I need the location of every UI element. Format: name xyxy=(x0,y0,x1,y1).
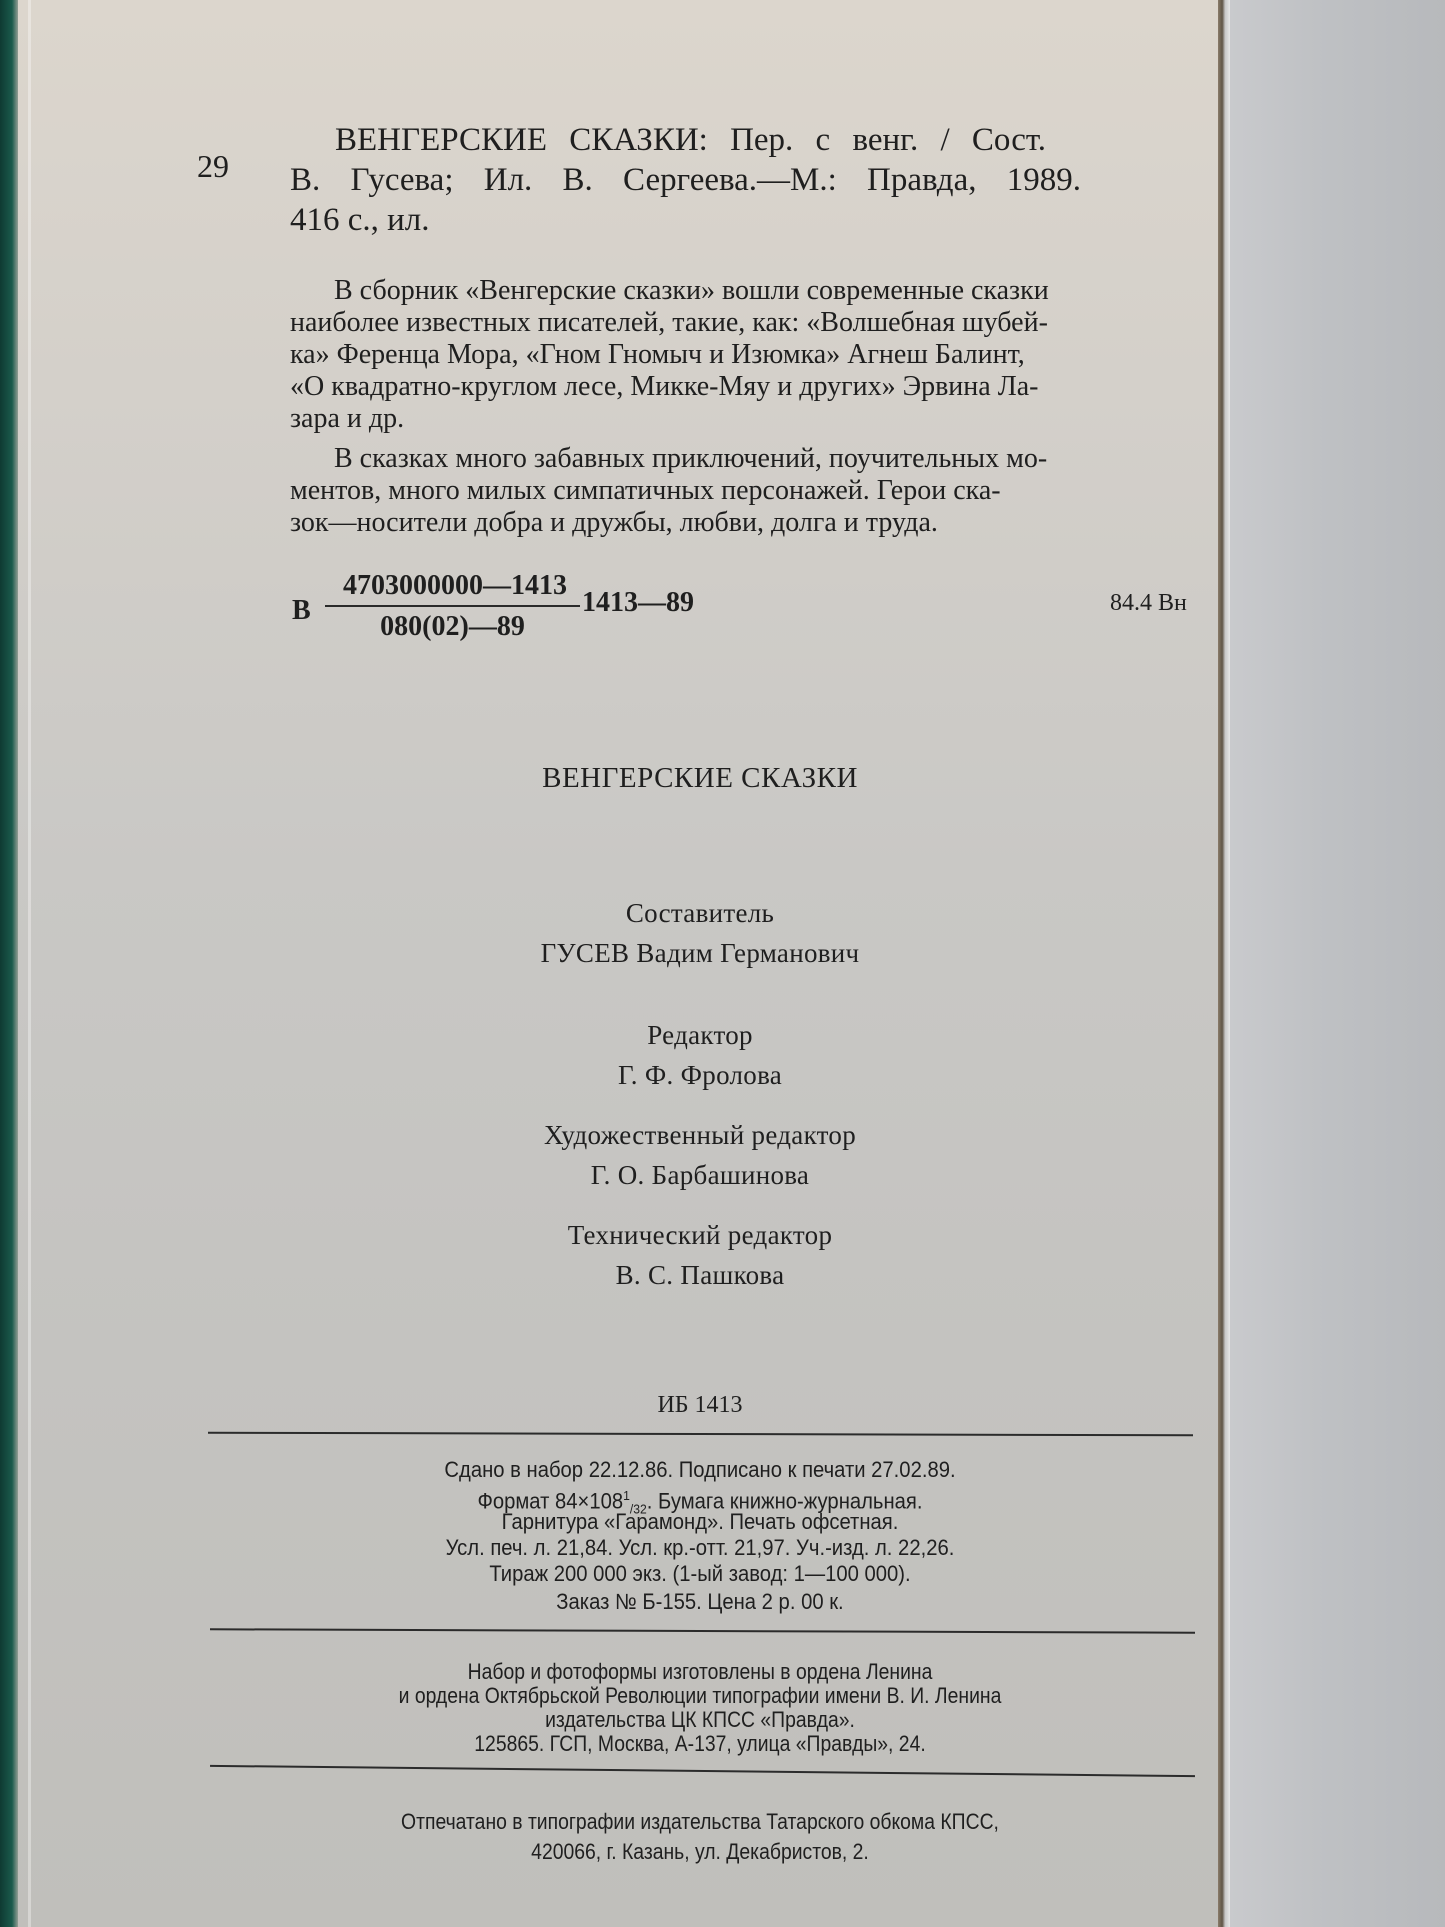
bbk-classification: 84.4 Вн xyxy=(1110,590,1187,617)
bibliographic-entry: ВЕНГЕРСКИЕ СКАЗКИ: Пер. с венг. / Сост. … xyxy=(290,120,1198,240)
card-number: 29 xyxy=(197,148,229,185)
biblio-line: В. Гусева; Ил. В. Сергеева.—М.: Правда, … xyxy=(290,160,1198,200)
credit-role: Технический редактор xyxy=(0,1220,1400,1251)
book-title: ВЕНГЕРСКИЕ СКАЗКИ xyxy=(0,762,1400,795)
annotation-line: зок—носители добра и дружбы, любви, долг… xyxy=(290,507,1202,539)
imprint-line: Гарнитура «Гарамонд». Печать офсетная. xyxy=(56,1510,1344,1534)
typesetting-line: 125865. ГСП, Москва, А-137, улица «Правд… xyxy=(84,1732,1316,1755)
credit-name: Г. О. Барбашинова xyxy=(0,1160,1400,1191)
fraction-bar xyxy=(325,605,580,607)
annotation-paragraph: В сборник «Венгерские сказки» вошли совр… xyxy=(290,275,1202,435)
bbk-letter: В xyxy=(292,595,311,627)
credit-name: Г. Ф. Фролова xyxy=(0,1060,1400,1091)
annotation-line: наиболее известных писателей, такие, как… xyxy=(290,307,1202,339)
credit-role: Составитель xyxy=(0,898,1400,929)
annotation-paragraph: В сказках много забавных приключений, по… xyxy=(290,443,1202,539)
biblio-line: ВЕНГЕРСКИЕ СКАЗКИ: Пер. с венг. / Сост. xyxy=(290,120,1198,160)
ib-number: ИБ 1413 xyxy=(0,1392,1400,1419)
bbk-tail: 1413—89 xyxy=(582,587,694,619)
printed-by-line: Отпечатано в типографии издательства Тат… xyxy=(84,1810,1316,1833)
annotation-line: зара и др. xyxy=(290,403,1202,435)
annotation-line: В сказках много забавных приключений, по… xyxy=(290,443,1202,475)
printed-by-line: 420066, г. Казань, ул. Декабристов, 2. xyxy=(84,1840,1316,1863)
credit-name: В. С. Пашкова xyxy=(0,1260,1400,1291)
typesetting-line: издательства ЦК КПСС «Правда». xyxy=(84,1708,1316,1731)
bbk-denominator: 080(02)—89 xyxy=(325,611,580,643)
imprint-line: Усл. печ. л. 21,84. Усл. кр.-отт. 21,97.… xyxy=(56,1536,1344,1560)
imprint-line: Тираж 200 000 экз. (1-ый завод: 1—100 00… xyxy=(56,1562,1344,1586)
annotation-line: «О квадратно-круглом лесе, Микке-Мяу и д… xyxy=(290,371,1202,403)
annotation-line: В сборник «Венгерские сказки» вошли совр… xyxy=(290,275,1202,307)
imprint-line: Сдано в набор 22.12.86. Подписано к печа… xyxy=(56,1458,1344,1482)
typesetting-line: Набор и фотоформы изготовлены в ордена Л… xyxy=(84,1660,1316,1683)
credit-role: Редактор xyxy=(0,1020,1400,1051)
bbk-numerator: 4703000000—1413 xyxy=(325,570,580,602)
annotation-line: ментов, много милых симпатичных персонаж… xyxy=(290,475,1202,507)
annotation: В сборник «Венгерские сказки» вошли совр… xyxy=(290,275,1202,539)
annotation-line: ка» Ференца Мора, «Гном Гномыч и Изюмка»… xyxy=(290,339,1202,371)
credit-role: Художественный редактор xyxy=(0,1120,1400,1151)
bbk-fraction: 4703000000—1413 080(02)—89 xyxy=(325,570,580,643)
imprint-line: Заказ № Б-155. Цена 2 р. 00 к. xyxy=(56,1590,1344,1614)
typesetting-line: и ордена Октябрьской Революции типографи… xyxy=(84,1684,1316,1707)
credit-name: ГУСЕВ Вадим Германович xyxy=(0,938,1400,969)
biblio-line: 416 с., ил. xyxy=(290,200,1198,240)
